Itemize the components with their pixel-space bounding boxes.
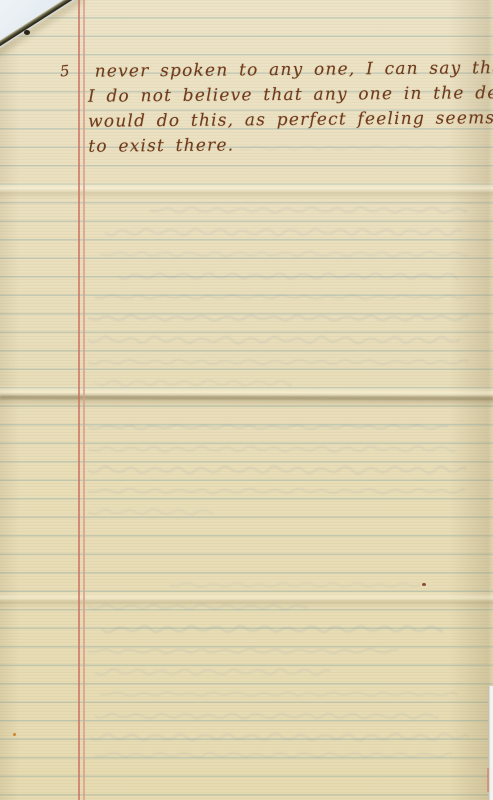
page-number: 5 (59, 62, 70, 81)
handwriting-line: I do not believe that any one in the dep… (88, 81, 480, 109)
ink-speck (422, 583, 426, 586)
red-margin-line-outer (78, 0, 80, 800)
corner-edge-speck (24, 30, 30, 35)
handwriting-line: to exist there. (88, 131, 480, 159)
handwriting-block: never spoken to any one, I can say that … (88, 56, 481, 159)
ink-speck (13, 733, 16, 736)
scanned-document-page: 5 never spoken to any one, I can say tha… (0, 0, 493, 800)
handwriting-line: would do this, as perfect feeling seems (88, 106, 480, 134)
underlying-page-red-line (487, 768, 489, 792)
red-margin-line-inner (83, 0, 85, 800)
handwriting-line: never spoken to any one, I can say that (88, 56, 480, 84)
